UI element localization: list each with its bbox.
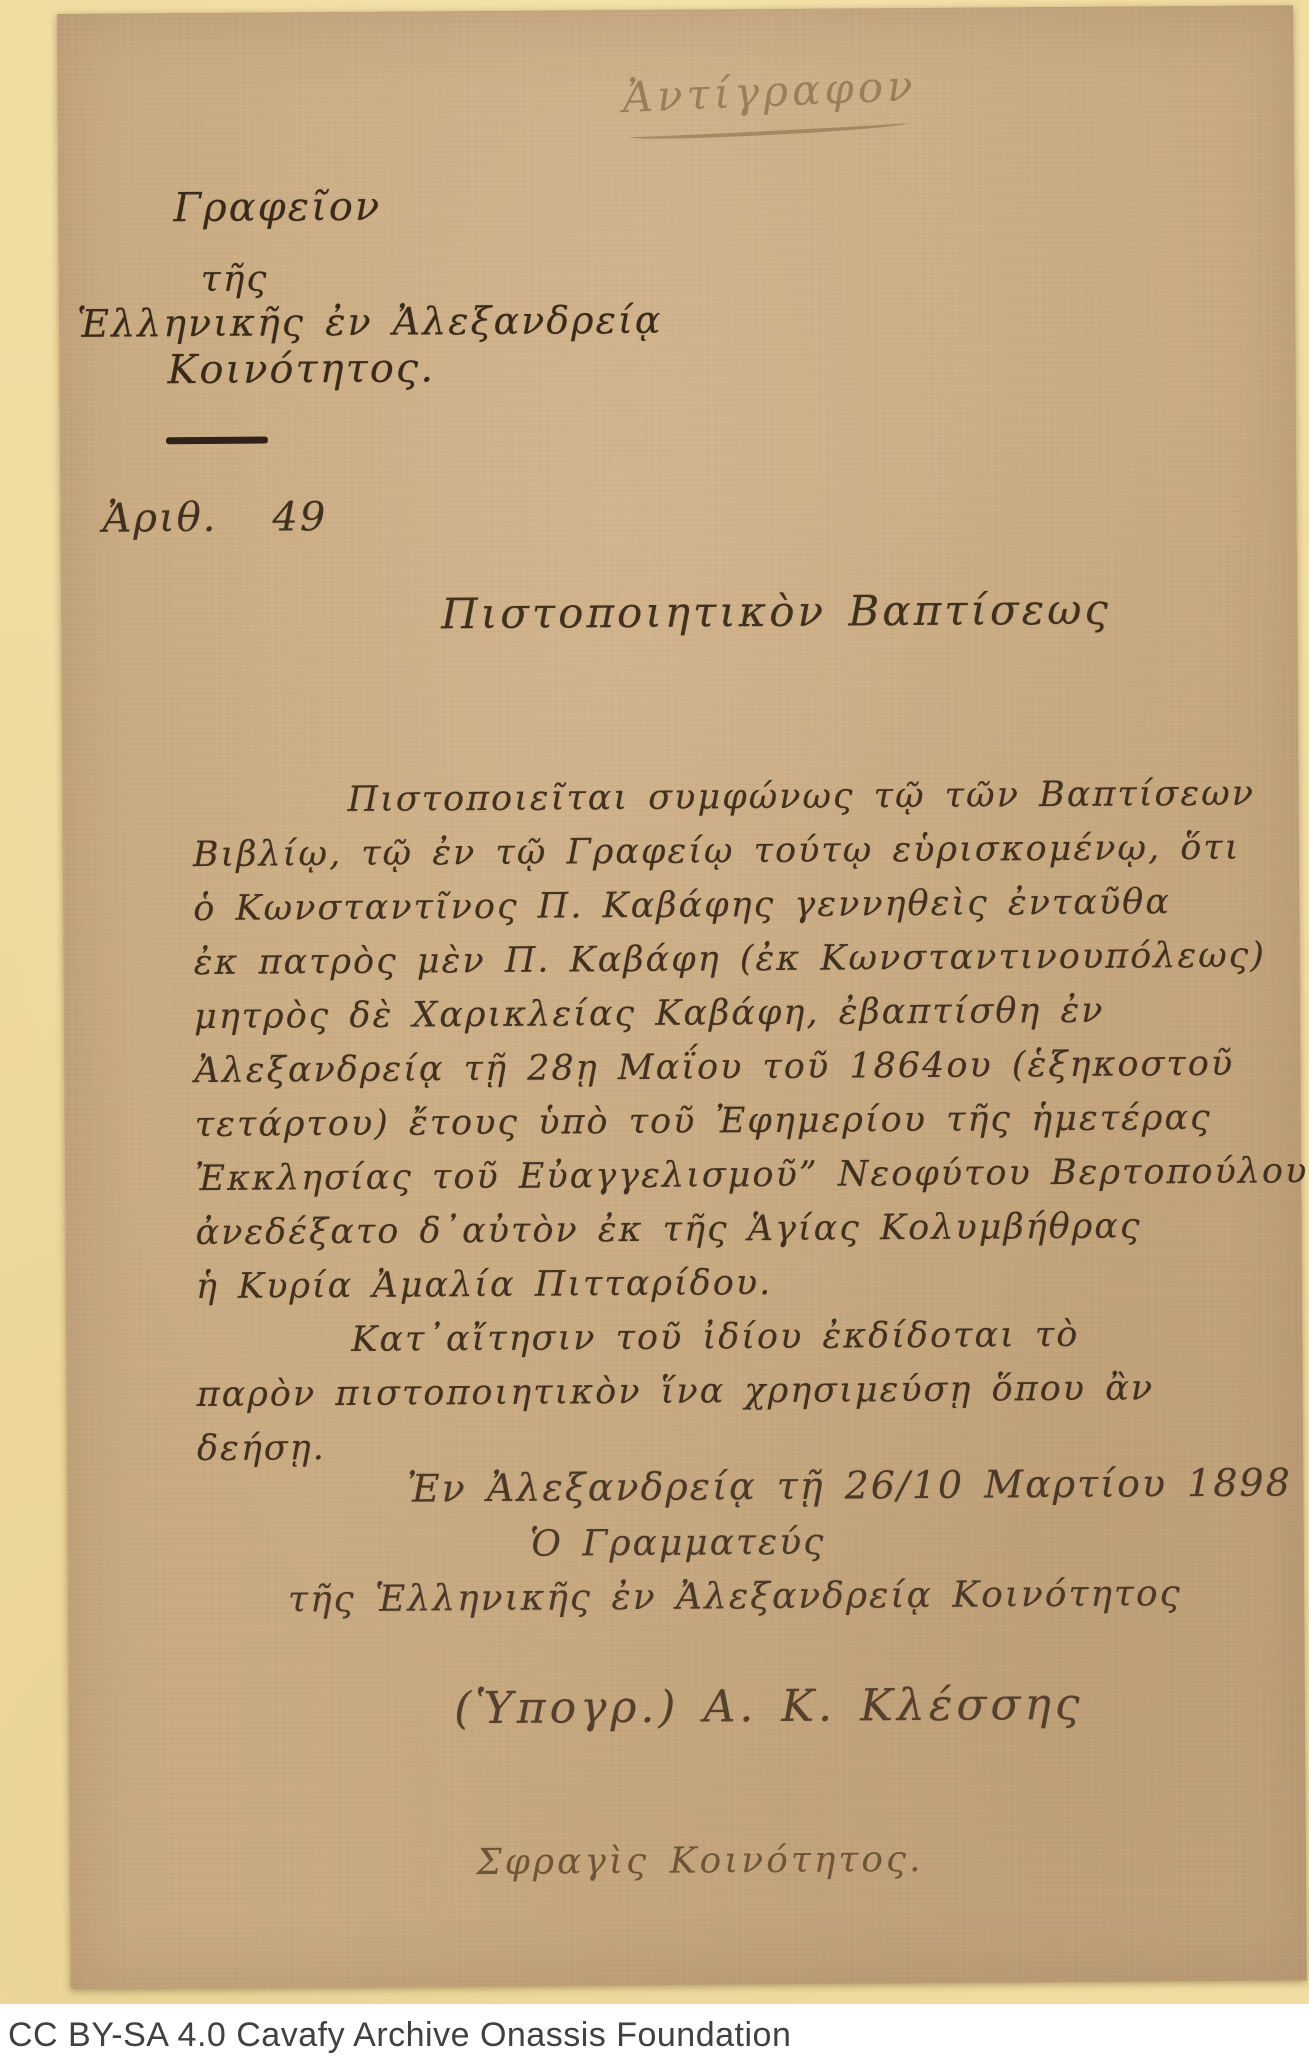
body-line: Ἀλεξανδρείᾳ τῇ 28ῃ Μαΐου τοῦ 1864ου (ἑξη… — [194, 1044, 1269, 1106]
body-line: Βιβλίῳ, τῷ ἐν τῷ Γραφείῳ τούτῳ εὑρισκομέ… — [193, 828, 1268, 890]
copy-annotation: Ἀντίγραφον — [622, 61, 918, 122]
secretary-title-line: Ὁ Γραμματεύς — [368, 1521, 988, 1566]
body-line: τετάρτου) ἔτους ὑπὸ τοῦ Ἐφημερίου τῆς ἡμ… — [195, 1098, 1270, 1160]
reference-label: Ἀριθ. — [102, 495, 217, 542]
seal-note: Σφραγὶς Κοινότητος. — [390, 1838, 1010, 1883]
letterhead-line-office: Γραφεῖον — [173, 184, 381, 231]
body-line: παρὸν πιστοποιητικὸν ἵνα χρησιμεύσῃ ὅπου… — [197, 1368, 1272, 1430]
body-text: Πιστοποιεῖται συμφώνως τῷ τῶν Βαπτίσεων … — [192, 774, 1272, 1483]
reference-number: Ἀριθ.49 — [102, 494, 327, 542]
attribution-text: CC BY-SA 4.0 Cavafy Archive Onassis Foun… — [0, 2016, 791, 2055]
body-line: Πιστοποιεῖται συμφώνως τῷ τῶν Βαπτίσεων — [192, 774, 1267, 836]
paper-sheet: Ἀντίγραφον Γραφεῖον τῆς Ἑλληνικῆς ἐν Ἀλε… — [57, 5, 1307, 1989]
letterhead: Γραφεῖον τῆς Ἑλληνικῆς ἐν Ἀλεξανδρείᾳ Κο… — [57, 5, 1293, 14]
copy-annotation-underline — [630, 118, 908, 142]
letterhead-line-community: Κοινότητος. — [167, 345, 435, 393]
body-line: Κατ᾽αἴτησιν τοῦ ἰδίου ἐκδίδοται τὸ — [196, 1314, 1271, 1376]
body-line: ἐκ πατρὸς μὲν Π. Καβάφη (ἐκ Κωνσταντινου… — [193, 936, 1268, 998]
document-title: Πιστοποιητικὸν Βαπτίσεως — [441, 585, 1101, 639]
body-line: ἀνεδέξατο δ᾽αὐτὸν ἐκ τῆς Ἁγίας Κολυμβήθρ… — [195, 1206, 1270, 1268]
place-date-line: Ἐν Ἀλεξανδρείᾳ τῇ 26/10 Μαρτίου 1898 — [407, 1460, 1287, 1510]
letterhead-rule — [166, 437, 268, 445]
body-line: Ἐκκλησίας τοῦ Εὐαγγελισμοῦ” Νεοφύτου Βερ… — [195, 1152, 1270, 1214]
letterhead-line-greek-alexandria: Ἑλληνικῆς ἐν Ἀλεξανδρείᾳ — [77, 298, 663, 346]
community-name-line: τῆς Ἑλληνικῆς ἐν Ἀλεξανδρείᾳ Κοινότητος — [288, 1574, 1068, 1620]
scan-background: { "document": { "annotation": "Ἀντίγραφο… — [0, 0, 1309, 2066]
letterhead-line-of-the: τῆς — [201, 259, 269, 300]
body-line: ὁ Κωνσταντῖνος Π. Καβάφης γεννηθεὶς ἐντα… — [193, 882, 1268, 944]
attribution-bar: CC BY-SA 4.0 Cavafy Archive Onassis Foun… — [0, 2004, 1309, 2066]
body-line: ἡ Κυρία Ἀμαλία Πιτταρίδου. — [196, 1260, 1271, 1322]
signature-line: (Ὑπογρ.) Α. Κ. Κλέσσης — [439, 1679, 1099, 1735]
body-line: μητρὸς δὲ Χαρικλείας Καβάφη, ἐβαπτίσθη ἐ… — [194, 990, 1269, 1052]
reference-value: 49 — [272, 494, 327, 540]
